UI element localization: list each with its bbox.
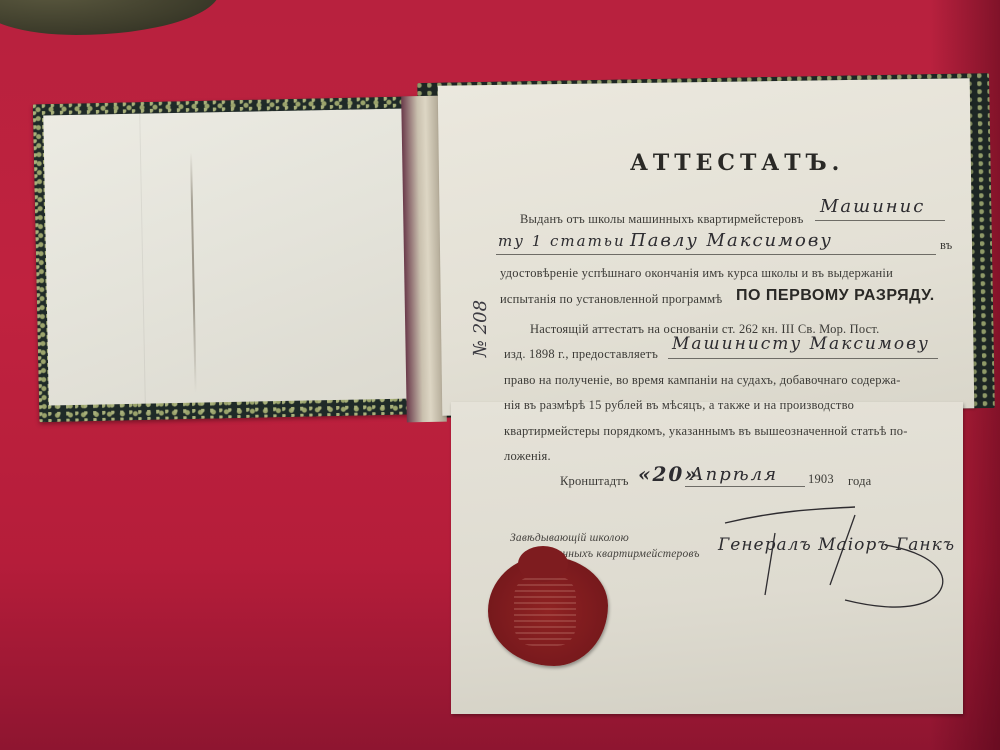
date-place: Кронштадтъ (560, 474, 629, 489)
handwriting-recipient: Машинисту Максимову (672, 334, 930, 354)
document-title: АТТЕСТАТЪ. (630, 150, 844, 176)
handwriting-rank-2: ту 1 статьи (498, 232, 626, 250)
background-object (0, 0, 220, 35)
date-month: Апрѣля (690, 464, 778, 485)
text-line-7: право на полученіе, во время кампаніи на… (504, 373, 901, 388)
date-suffix: года (848, 474, 871, 489)
page-fold (139, 114, 146, 404)
text-line-10: ложенія. (504, 449, 551, 464)
date-year: 1903 (808, 472, 834, 487)
fill-line (496, 254, 936, 255)
register-number: № 208 (470, 300, 491, 357)
left-endpaper (43, 109, 413, 406)
text-line-1: Выданъ отъ школы машинныхъ квартирмейсте… (520, 212, 804, 227)
handwriting-rank-1: Машинис (820, 196, 925, 217)
seal-emblem-icon (514, 576, 576, 646)
grade-heading: ПО ПЕРВОМУ РАЗРЯДУ. (736, 287, 935, 305)
fill-line (668, 358, 938, 359)
text-line-8: нія въ размѣрѣ 15 рублей въ мѣсяцъ, а та… (504, 398, 854, 413)
text-line-4: испытанія по установленной программѣ (500, 292, 722, 307)
fill-line (685, 486, 805, 487)
text-line-2-end: въ (940, 238, 952, 253)
signatory-title-1: Завѣдывающій школою (510, 532, 629, 544)
page-crease (190, 153, 197, 393)
handwriting-name: Павлу Максимову (630, 230, 833, 251)
signature-flourish-icon (715, 505, 955, 615)
wax-seal (488, 556, 608, 666)
text-line-9: квартирмейстеры порядкомъ, указаннымъ въ… (504, 424, 908, 439)
text-line-6: изд. 1898 г., предоставляетъ (504, 347, 658, 362)
text-line-3: удостовѣреніе успѣшнаго окончанія имъ ку… (500, 266, 893, 281)
fill-line (815, 220, 945, 221)
